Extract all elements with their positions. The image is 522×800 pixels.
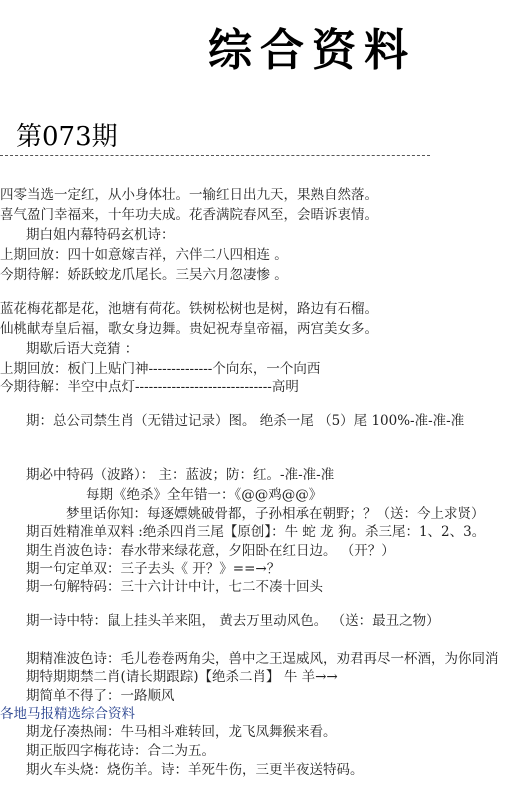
poem-line: 蓝花梅花都是花，池塘有荷花。铁树松树也是树，路边有石榴。 (0, 300, 378, 318)
section-label: 期白姐内幕特码玄机诗： (26, 226, 175, 244)
document-title: 综合资料 (208, 14, 416, 78)
current-riddle: 今期待解：半空中点灯------------------------------… (0, 378, 299, 396)
current-riddle: 今期待解：娇跃蛟龙爪尾长。三吴六月忽凄惨 。 (0, 266, 288, 284)
train-line: 期火车头烧：烧伤羊。诗：羊死牛伤，三更半夜送特码。 (26, 761, 364, 779)
previous-answer: 上期回放：四十如意嫁吉祥，六伴二八四相连 。 (0, 246, 288, 264)
banned-zodiac-line: 期：总公司禁生肖（无错过记录）图。 绝杀一尾 （5）尾 100%-准-准-准 (26, 412, 464, 430)
poem-line: 四零当选一定红，从小身体壮。一输红日出九天，果熟自然落。 (0, 186, 378, 204)
ban-two-zodiac-line: 期特期期禁二肖(请长期跟踪)【绝杀二肖】 牛 羊→→ (26, 668, 338, 686)
section-heading: 各地马报精选综合资料 (0, 705, 135, 723)
annual-kill-line: 每期《绝杀》全年错一：《@@鸡@@》 (86, 486, 322, 504)
odd-even-riddle: 期一句定单双：三子去头《 开？》==→？ (26, 560, 280, 578)
poem-special-line: 期一诗中特：鼠上挂头羊来阻， 黄去万里动风色。 （送：最丑之物） (26, 612, 440, 630)
odd-even-line: 期百姓精准单双料 :绝杀四肖三尾【原创】：牛 蛇 龙 狗。杀三尾：1、2、3。 (26, 523, 485, 541)
simple-line: 期简单不得了：一路顺风 (26, 687, 175, 705)
special-code-riddle: 期一句解特码：三十六计计中计，七二不凑十回头 (26, 578, 323, 596)
zodiac-color-poem: 期生肖波色诗：春水带来绿花意，夕阳卧在红日边。 （开？） (26, 542, 395, 560)
dream-talk-line: 梦里话你知：每逐嫖姚破骨都，子孙相承在朝野；？（送：今上求贤） (66, 505, 485, 523)
dashed-divider (0, 155, 430, 156)
wave-path-line: 期必中特码（波路）： 主：蓝波；防：红。-准-准-准 (26, 466, 334, 484)
poem-line: 喜气盈门幸福来，十年功夫成。花香满院春风至，会晤诉衷情。 (0, 206, 378, 224)
dragon-line: 期龙仔凑热闹：牛马相斗难转回，龙飞凤舞猴来看。 (26, 723, 337, 741)
section-label: 期歇后语大竞猜 ： (26, 340, 138, 358)
plum-poem-line: 期正版四字梅花诗：合二为五。 (26, 742, 215, 760)
poem-line: 仙桃献寿皇后福，歌女身边舞。贵妃祝寿皇帝福，两宫美女多。 (0, 320, 378, 338)
previous-answer: 上期回放：板门上贴门神--------------个向东，一个向西 (0, 360, 320, 378)
issue-number: 第073期 (16, 116, 118, 153)
wave-color-poem: 期精准波色诗：毛儿卷卷两角尖，兽中之王逞威风，劝君再尽一杯酒，为你同消 (26, 650, 499, 668)
